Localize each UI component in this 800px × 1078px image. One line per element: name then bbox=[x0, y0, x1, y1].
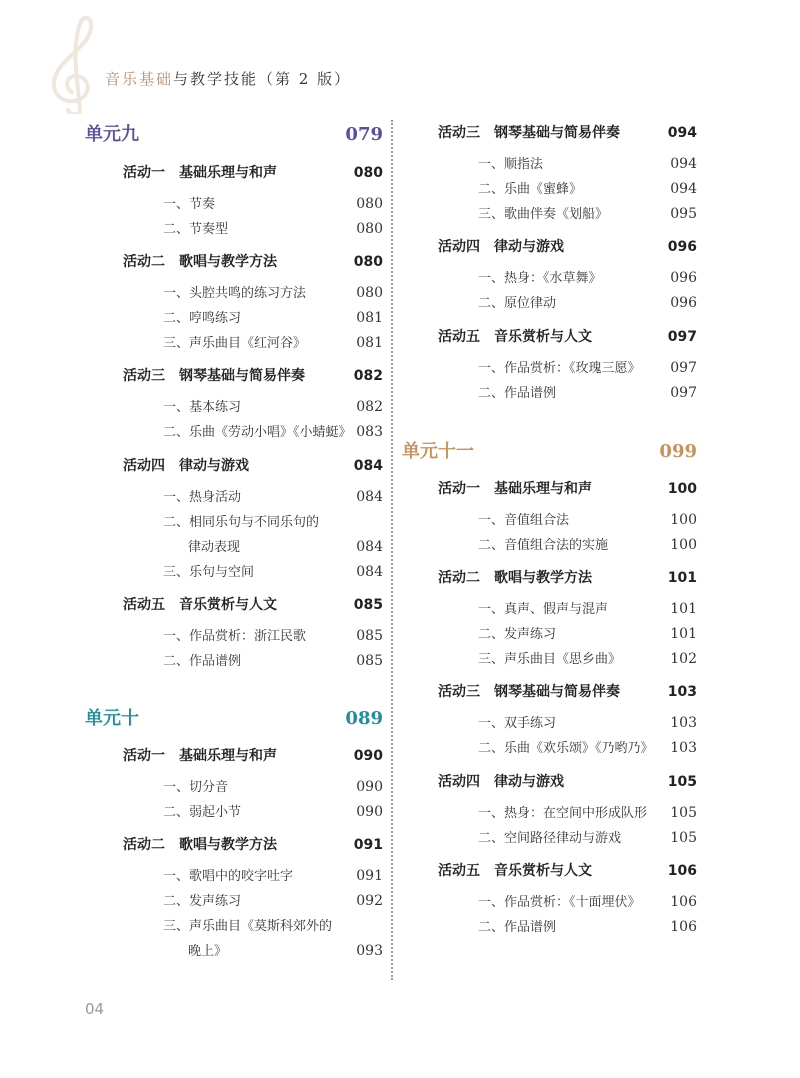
toc-item[interactable]: 一、歌唱中的咬字吐字091 bbox=[163, 865, 383, 884]
activity-label: 活动五 音乐赏析与人文 bbox=[123, 594, 277, 614]
activity-page: 082 bbox=[354, 368, 383, 384]
item-label: 二、乐曲《劳动小唱》《小蜻蜓》 bbox=[163, 421, 352, 440]
activity-label: 活动一 基础乐理与和声 bbox=[438, 478, 592, 498]
activity-page: 090 bbox=[354, 748, 383, 764]
item-label: 一、作品赏析：《玫瑰三愿》 bbox=[478, 357, 641, 376]
item-label: 二、空间路径律动与游戏 bbox=[478, 827, 621, 846]
toc-activity[interactable]: 活动二 歌唱与教学方法 101 bbox=[438, 567, 697, 587]
activity-label: 活动四 律动与游戏 bbox=[438, 236, 564, 256]
item-label: 二、乐曲《蜜蜂》 bbox=[478, 178, 582, 197]
item-label: 三、声乐曲目《红河谷》 bbox=[163, 332, 306, 351]
unit-label: 单元十 bbox=[85, 704, 139, 730]
column-divider bbox=[391, 120, 393, 980]
page-number: 04 bbox=[85, 1000, 104, 1018]
activity-page: 106 bbox=[668, 863, 697, 879]
item-label: 一、热身：《水草舞》 bbox=[478, 267, 602, 286]
toc-item[interactable]: 一、切分音090 bbox=[163, 776, 383, 795]
item-page: 096 bbox=[670, 295, 697, 311]
activity-label: 活动二 歌唱与教学方法 bbox=[438, 567, 592, 587]
toc-activity[interactable]: 活动五 音乐赏析与人文 106 bbox=[438, 860, 697, 880]
activity-label: 活动一 基础乐理与和声 bbox=[123, 162, 277, 182]
activity-label: 活动四 律动与游戏 bbox=[123, 455, 249, 475]
toc-item[interactable]: 二、作品谱例085 bbox=[163, 650, 383, 669]
item-label: 晚上》 bbox=[188, 940, 227, 959]
activity-page: 094 bbox=[668, 125, 697, 141]
item-label: 一、歌唱中的咬字吐字 bbox=[163, 865, 293, 884]
toc-item[interactable]: 二、节奏型080 bbox=[163, 218, 383, 237]
item-page: 094 bbox=[670, 181, 697, 197]
toc-item[interactable]: 一、音值组合法100 bbox=[478, 509, 697, 528]
item-label: 三、歌曲伴奏《划船》 bbox=[478, 203, 608, 222]
item-page: 092 bbox=[356, 893, 383, 909]
toc-activity[interactable]: 活动三 钢琴基础与简易伴奏 094 bbox=[438, 122, 697, 142]
item-page: 083 bbox=[356, 424, 383, 440]
activity-label: 活动三 钢琴基础与简易伴奏 bbox=[438, 122, 620, 142]
item-page: 080 bbox=[356, 221, 383, 237]
toc-item[interactable]: 一、双手练习103 bbox=[478, 712, 697, 731]
item-label: 一、作品赏析：《十面埋伏》 bbox=[478, 891, 641, 910]
item-page: 084 bbox=[356, 564, 383, 580]
activity-page: 085 bbox=[354, 597, 383, 613]
item-page: 081 bbox=[356, 335, 383, 351]
toc-activity[interactable]: 活动一 基础乐理与和声 080 bbox=[123, 162, 383, 182]
item-page: 100 bbox=[670, 512, 697, 528]
item-label: 一、作品赏析：浙江民歌 bbox=[163, 625, 306, 644]
item-page: 102 bbox=[670, 651, 697, 667]
toc-unit-10[interactable]: 单元十 089 bbox=[85, 704, 383, 730]
toc-item[interactable]: 一、热身活动084 bbox=[163, 486, 383, 505]
item-page: 080 bbox=[356, 196, 383, 212]
item-page: 095 bbox=[670, 206, 697, 222]
toc-item[interactable]: 二、弱起小节090 bbox=[163, 801, 383, 820]
toc-item[interactable]: 一、基本练习082 bbox=[163, 396, 383, 415]
unit-page: 089 bbox=[345, 708, 383, 729]
toc-activity[interactable]: 活动五 音乐赏析与人文 085 bbox=[123, 594, 383, 614]
toc-activity[interactable]: 活动一 基础乐理与和声 100 bbox=[438, 478, 697, 498]
toc-item[interactable]: 二、乐曲《欢乐颂》《乃哟乃》103 bbox=[478, 737, 697, 756]
item-page: 101 bbox=[670, 626, 697, 642]
toc-item[interactable]: 一、作品赏析：《十面埋伏》106 bbox=[478, 891, 697, 910]
toc-item[interactable]: 二、哼鸣练习081 bbox=[163, 307, 383, 326]
item-label: 一、基本练习 bbox=[163, 396, 241, 415]
book-title-accent: 音乐基础 bbox=[105, 70, 173, 88]
toc-activity[interactable]: 活动五 音乐赏析与人文 097 bbox=[438, 326, 697, 346]
toc-item[interactable]: 二、发声练习092 bbox=[163, 890, 383, 909]
toc-item[interactable]: 三、声乐曲目《思乡曲》102 bbox=[478, 648, 697, 667]
toc-unit-11[interactable]: 单元十一 099 bbox=[402, 437, 697, 463]
toc-activity[interactable]: 活动三 钢琴基础与简易伴奏 103 bbox=[438, 681, 697, 701]
item-label: 一、热身活动 bbox=[163, 486, 241, 505]
item-page: 090 bbox=[356, 779, 383, 795]
item-page: 082 bbox=[356, 399, 383, 415]
item-page: 103 bbox=[670, 740, 697, 756]
item-page: 105 bbox=[670, 805, 697, 821]
item-label: 一、头腔共鸣的练习方法 bbox=[163, 282, 306, 301]
item-page: 100 bbox=[670, 537, 697, 553]
toc-item[interactable]: 一、节奏080 bbox=[163, 193, 383, 212]
item-label: 二、哼鸣练习 bbox=[163, 307, 241, 326]
unit-label: 单元十一 bbox=[402, 437, 474, 463]
toc-item[interactable]: 三、歌曲伴奏《划船》095 bbox=[478, 203, 697, 222]
toc-activity[interactable]: 活动四 律动与游戏 096 bbox=[438, 236, 697, 256]
activity-label: 活动五 音乐赏析与人文 bbox=[438, 326, 592, 346]
item-label: 二、发声练习 bbox=[478, 623, 556, 642]
activity-label: 活动三 钢琴基础与简易伴奏 bbox=[438, 681, 620, 701]
activity-label: 活动四 律动与游戏 bbox=[438, 771, 564, 791]
item-page: 097 bbox=[670, 360, 697, 376]
activity-page: 103 bbox=[668, 684, 697, 700]
item-page: 080 bbox=[356, 285, 383, 301]
item-page: 103 bbox=[670, 715, 697, 731]
item-label: 二、节奏型 bbox=[163, 218, 228, 237]
activity-page: 100 bbox=[668, 481, 697, 497]
item-label: 二、相同乐句与不同乐句的 bbox=[163, 511, 319, 530]
item-label: 一、热身：在空间中形成队形 bbox=[478, 802, 647, 821]
item-page: 105 bbox=[670, 830, 697, 846]
toc-item[interactable]: 一、头腔共鸣的练习方法080 bbox=[163, 282, 383, 301]
toc-item[interactable]: 三、乐句与空间084 bbox=[163, 561, 383, 580]
item-label: 二、发声练习 bbox=[163, 890, 241, 909]
toc-item[interactable]: 二、音值组合法的实施100 bbox=[478, 534, 697, 553]
activity-label: 活动一 基础乐理与和声 bbox=[123, 745, 277, 765]
toc-unit-9[interactable]: 单元九 079 bbox=[85, 120, 383, 146]
unit-page: 099 bbox=[659, 441, 697, 462]
item-page: 084 bbox=[356, 489, 383, 505]
item-label: 一、切分音 bbox=[163, 776, 228, 795]
activity-page: 097 bbox=[668, 329, 697, 345]
unit-label: 单元九 bbox=[85, 120, 139, 146]
unit-page: 079 bbox=[345, 124, 383, 145]
item-page: 084 bbox=[356, 539, 383, 555]
toc-item[interactable]: 一、真声、假声与混声101 bbox=[478, 598, 697, 617]
book-title: 音乐基础与教学技能（第 2 版） bbox=[105, 68, 351, 89]
activity-page: 080 bbox=[354, 165, 383, 181]
toc-item[interactable]: 一、作品赏析：《玫瑰三愿》097 bbox=[478, 357, 697, 376]
item-page: 093 bbox=[356, 943, 383, 959]
item-label: 一、双手练习 bbox=[478, 712, 556, 731]
toc-item[interactable]: 一、热身：《水草舞》096 bbox=[478, 267, 697, 286]
toc-item[interactable]: 二、相同乐句与不同乐句的 bbox=[163, 511, 383, 530]
item-page: 097 bbox=[670, 385, 697, 401]
treble-clef-icon bbox=[40, 14, 110, 114]
item-label: 三、声乐曲目《思乡曲》 bbox=[478, 648, 621, 667]
activity-page: 101 bbox=[668, 570, 697, 586]
item-page: 081 bbox=[356, 310, 383, 326]
item-label: 二、作品谱例 bbox=[163, 650, 241, 669]
item-page: 090 bbox=[356, 804, 383, 820]
item-page: 101 bbox=[670, 601, 697, 617]
toc-item[interactable]: 二、乐曲《蜜蜂》094 bbox=[478, 178, 697, 197]
item-label: 二、弱起小节 bbox=[163, 801, 241, 820]
toc-item[interactable]: 晚上》093 bbox=[188, 940, 383, 959]
activity-page: 084 bbox=[354, 458, 383, 474]
item-page: 106 bbox=[670, 894, 697, 910]
toc-item[interactable]: 二、乐曲《劳动小唱》《小蜻蜓》083 bbox=[163, 421, 383, 440]
activity-page: 105 bbox=[668, 774, 697, 790]
toc-item[interactable]: 律动表现084 bbox=[188, 536, 383, 555]
item-label: 二、作品谱例 bbox=[478, 916, 556, 935]
item-label: 二、乐曲《欢乐颂》《乃哟乃》 bbox=[478, 737, 654, 756]
item-label: 二、音值组合法的实施 bbox=[478, 534, 608, 553]
item-page: 085 bbox=[356, 653, 383, 669]
book-title-rest: 与教学技能（第 2 版） bbox=[173, 70, 351, 88]
item-label: 一、节奏 bbox=[163, 193, 215, 212]
activity-label: 活动五 音乐赏析与人文 bbox=[438, 860, 592, 880]
item-label: 三、乐句与空间 bbox=[163, 561, 254, 580]
toc-item[interactable]: 二、发声练习101 bbox=[478, 623, 697, 642]
activity-page: 096 bbox=[668, 239, 697, 255]
activity-label: 活动二 歌唱与教学方法 bbox=[123, 834, 277, 854]
toc-item[interactable]: 二、作品谱例097 bbox=[478, 382, 697, 401]
activity-label: 活动三 钢琴基础与简易伴奏 bbox=[123, 365, 305, 385]
toc-item[interactable]: 三、声乐曲目《红河谷》081 bbox=[163, 332, 383, 351]
toc-activity[interactable]: 活动四 律动与游戏 105 bbox=[438, 771, 697, 791]
toc-activity[interactable]: 活动二 歌唱与教学方法 080 bbox=[123, 251, 383, 271]
item-label: 三、声乐曲目《莫斯科郊外的 bbox=[163, 915, 332, 934]
toc-item[interactable]: 二、空间路径律动与游戏105 bbox=[478, 827, 697, 846]
toc-activity[interactable]: 活动四 律动与游戏 084 bbox=[123, 455, 383, 475]
toc-activity[interactable]: 活动三 钢琴基础与简易伴奏 082 bbox=[123, 365, 383, 385]
toc-item[interactable]: 二、原位律动096 bbox=[478, 292, 697, 311]
toc-activity[interactable]: 活动一 基础乐理与和声 090 bbox=[123, 745, 383, 765]
toc-item[interactable]: 一、热身：在空间中形成队形105 bbox=[478, 802, 697, 821]
item-page: 091 bbox=[356, 868, 383, 884]
activity-page: 080 bbox=[354, 254, 383, 270]
item-page: 106 bbox=[670, 919, 697, 935]
item-label: 一、音值组合法 bbox=[478, 509, 569, 528]
toc-activity[interactable]: 活动二 歌唱与教学方法 091 bbox=[123, 834, 383, 854]
item-label: 一、顺指法 bbox=[478, 153, 543, 172]
toc-item[interactable]: 二、作品谱例106 bbox=[478, 916, 697, 935]
item-label: 二、作品谱例 bbox=[478, 382, 556, 401]
item-page: 096 bbox=[670, 270, 697, 286]
toc-item[interactable]: 一、作品赏析：浙江民歌085 bbox=[163, 625, 383, 644]
activity-label: 活动二 歌唱与教学方法 bbox=[123, 251, 277, 271]
activity-page: 091 bbox=[354, 837, 383, 853]
item-label: 一、真声、假声与混声 bbox=[478, 598, 608, 617]
item-label: 律动表现 bbox=[188, 536, 240, 555]
toc-item[interactable]: 一、顺指法094 bbox=[478, 153, 697, 172]
item-page: 094 bbox=[670, 156, 697, 172]
toc-item[interactable]: 三、声乐曲目《莫斯科郊外的 bbox=[163, 915, 383, 934]
item-page: 085 bbox=[356, 628, 383, 644]
item-label: 二、原位律动 bbox=[478, 292, 556, 311]
